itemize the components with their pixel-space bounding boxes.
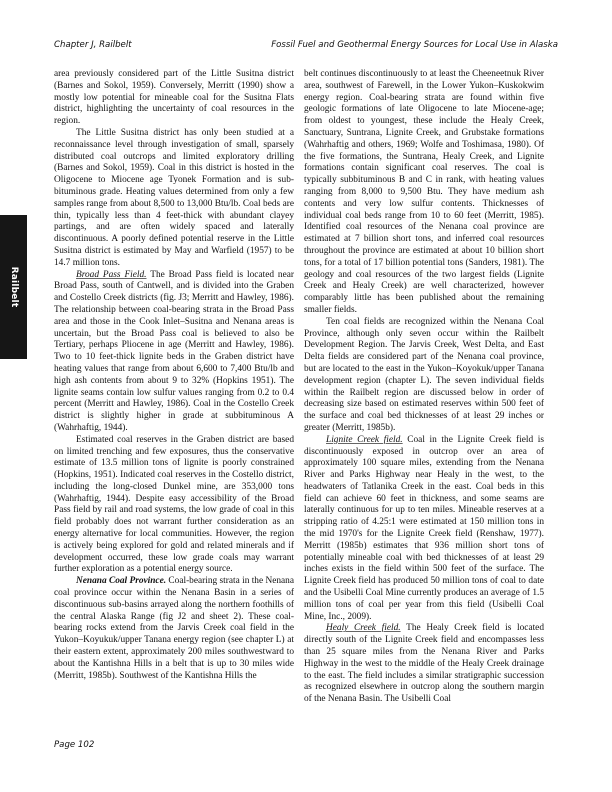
left-column: area previously considered part of the L… [54,69,294,682]
paragraph-body: The Healy Creek field is located directl… [304,623,544,704]
paragraph-body: Coal-bearing strata in the Nenana coal p… [54,576,294,680]
publication-title: Fossil Fuel and Geothermal Energy Source… [271,40,558,50]
paragraph: area previously considered part of the L… [54,69,294,128]
section-heading-healy-creek: Healy Creek field. [326,623,401,633]
paragraph: Broad Pass Field. The Broad Pass field i… [54,270,294,435]
right-column: belt continues discontinuously to at lea… [304,69,544,706]
paragraph: belt continues discontinuously to at lea… [304,69,544,317]
paragraph: Estimated coal reserves in the Graben di… [54,435,294,577]
section-heading-broad-pass: Broad Pass Field. [76,270,147,280]
paragraph: Healy Creek field. The Healy Creek field… [304,623,544,706]
section-heading-nenana: Nenana Coal Province. [76,576,166,586]
paragraph: Nenana Coal Province. Coal-bearing strat… [54,576,294,682]
paragraph-body: The Broad Pass field is located near Bro… [54,270,294,433]
document-page: Chapter J, Railbelt Fossil Fuel and Geot… [0,0,612,792]
paragraph: Lignite Creek field. Coal in the Lignite… [304,435,544,624]
thumb-tab-label: Railbelt [9,267,19,308]
paragraph: The Little Susitna district has only bee… [54,128,294,270]
section-heading-lignite-creek: Lignite Creek field. [326,435,403,445]
chapter-thumb-tab: Railbelt [0,215,27,359]
running-header: Chapter J, Railbelt Fossil Fuel and Geot… [54,40,558,54]
chapter-title: Chapter J, Railbelt [54,40,132,50]
paragraph: Ten coal fields are recognized within th… [304,317,544,435]
paragraph-body: Coal in the Lignite Creek field is disco… [304,435,544,622]
page-number: Page 102 [54,740,94,750]
